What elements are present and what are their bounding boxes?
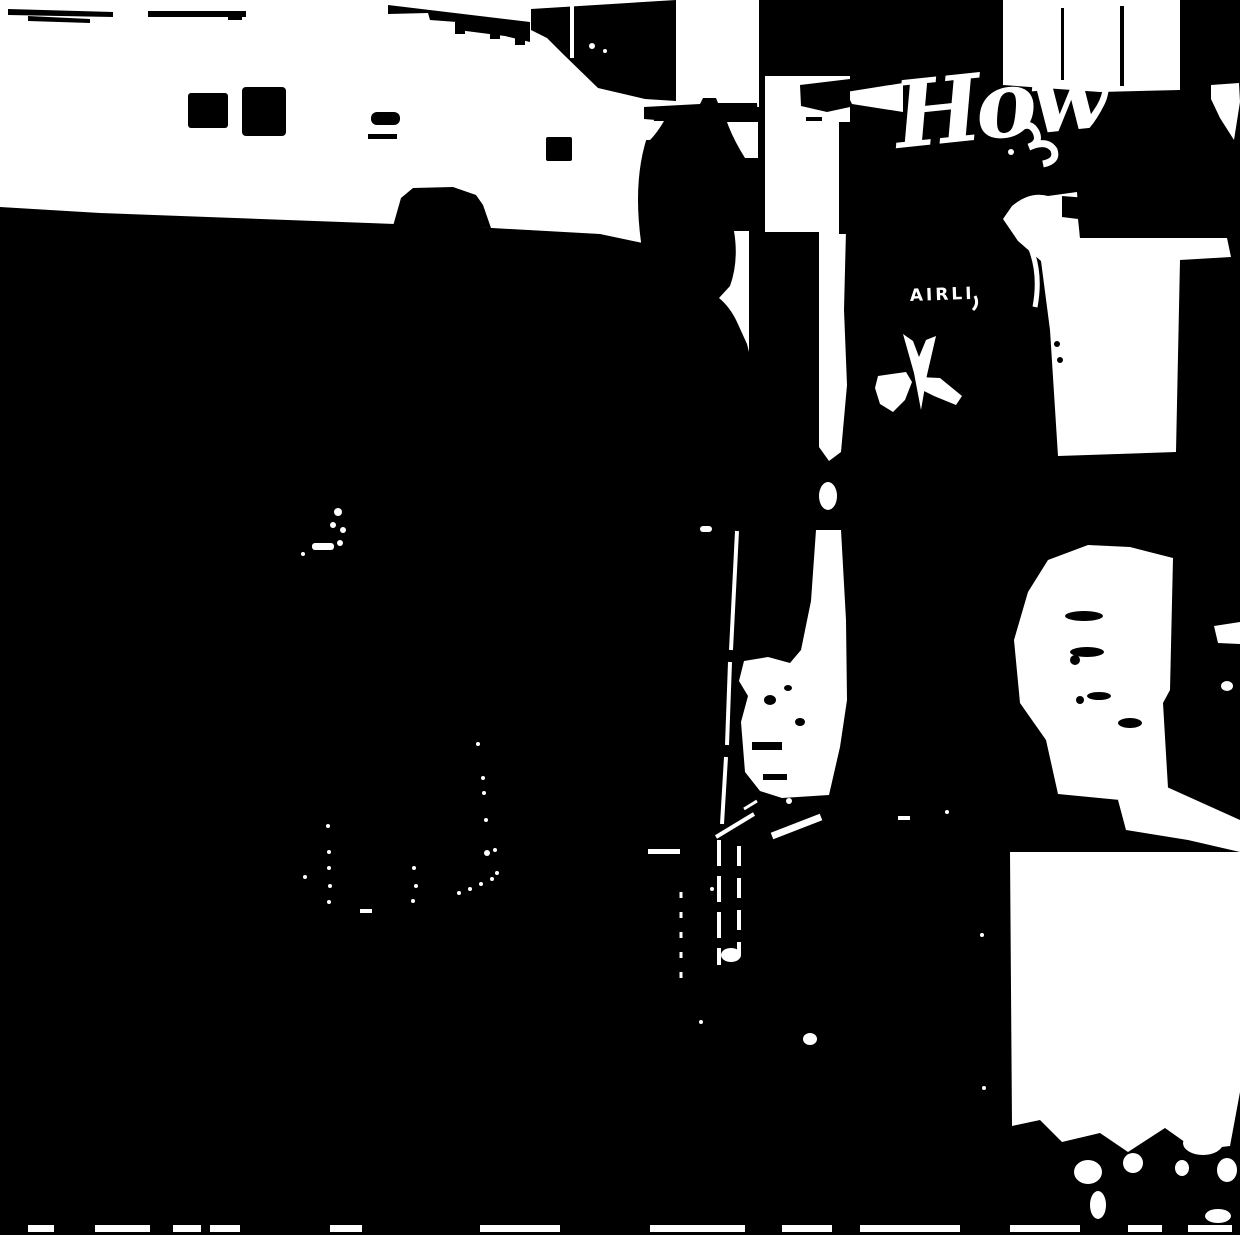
column-hole-2 bbox=[752, 742, 782, 750]
bottom-edge-dash bbox=[860, 1225, 960, 1232]
crate-dash bbox=[648, 849, 680, 854]
speck bbox=[980, 933, 984, 937]
bottom-edge-dash bbox=[95, 1225, 150, 1232]
speck bbox=[490, 877, 494, 881]
crate-blob-2 bbox=[803, 1033, 817, 1045]
speck bbox=[414, 884, 418, 888]
box-seam-4 bbox=[1118, 718, 1142, 728]
banner-text: AIRLI bbox=[909, 284, 974, 306]
beam-nub-2 bbox=[490, 27, 500, 39]
arch-speck-2 bbox=[1057, 357, 1063, 363]
speck bbox=[484, 850, 490, 856]
floor-pocket bbox=[1074, 1160, 1102, 1184]
speck bbox=[482, 791, 486, 795]
speck bbox=[982, 1086, 986, 1090]
bright-floor-area bbox=[1010, 852, 1240, 1152]
floor-pocket bbox=[1217, 1158, 1237, 1182]
crate-blob-1 bbox=[721, 948, 741, 962]
speck bbox=[340, 527, 346, 533]
bottom-edge-dash bbox=[1188, 1225, 1232, 1232]
speck bbox=[334, 508, 342, 516]
speck bbox=[495, 871, 499, 875]
beam-nub-1 bbox=[455, 22, 465, 34]
wall-mark-blob bbox=[371, 112, 400, 125]
speck bbox=[337, 540, 343, 546]
bottom-edge-dash bbox=[782, 1225, 832, 1232]
bottom-edge-dash bbox=[650, 1225, 745, 1232]
speck bbox=[476, 742, 480, 746]
wall-knob-dot bbox=[742, 158, 760, 180]
ceiling-smudge-4 bbox=[228, 16, 242, 20]
column-hole-3 bbox=[795, 718, 805, 726]
slab-speck-1 bbox=[589, 43, 595, 49]
column-hole-5 bbox=[784, 685, 792, 691]
speck bbox=[327, 850, 331, 854]
box-hole-1 bbox=[1070, 655, 1080, 665]
speck bbox=[457, 891, 461, 895]
script-sign-text: How bbox=[886, 40, 1117, 171]
speck bbox=[326, 824, 330, 828]
bottom-edge-dash bbox=[480, 1225, 560, 1232]
box-seam-1 bbox=[1065, 611, 1103, 621]
speck-dash bbox=[312, 543, 334, 550]
highlight-blob-below-strip bbox=[819, 482, 837, 510]
box-hole-2 bbox=[1076, 696, 1084, 704]
binarized-photo: How AIRLI bbox=[0, 0, 1240, 1235]
speck bbox=[327, 866, 331, 870]
speck bbox=[481, 776, 485, 780]
door-frame-line bbox=[759, 0, 764, 139]
speck-dash bbox=[360, 909, 372, 913]
doorway-white-strip bbox=[819, 230, 847, 461]
column-hole-4 bbox=[763, 774, 787, 780]
speck bbox=[330, 522, 336, 528]
floor-pocket bbox=[1183, 1131, 1223, 1155]
floor-pocket bbox=[1123, 1153, 1143, 1173]
arch-speck-1 bbox=[1054, 341, 1060, 347]
pillar-edge-column bbox=[839, 122, 850, 234]
flourish-dot bbox=[1008, 149, 1014, 155]
column-seam-line-2 bbox=[1120, 6, 1124, 86]
speck bbox=[328, 884, 332, 888]
speck bbox=[411, 899, 415, 903]
bottom-edge-dash bbox=[330, 1225, 362, 1232]
crate-speck-b bbox=[710, 887, 714, 891]
bottom-edge-dash bbox=[173, 1225, 201, 1232]
bottom-edge-dash bbox=[1128, 1225, 1162, 1232]
crate-speck-c bbox=[699, 1020, 703, 1024]
speck bbox=[327, 900, 331, 904]
speck bbox=[301, 552, 305, 556]
slab-speck-2 bbox=[603, 49, 607, 53]
crate-speck-a bbox=[786, 798, 792, 804]
wall-picture-frame-2 bbox=[242, 87, 286, 136]
speck bbox=[479, 882, 483, 886]
photo-canvas: How AIRLI bbox=[0, 0, 1240, 1235]
ceiling-slab-slit bbox=[570, 0, 574, 58]
bottom-edge-dash bbox=[210, 1225, 240, 1232]
speck-dash bbox=[898, 816, 910, 820]
speck bbox=[412, 866, 416, 870]
speck bbox=[493, 848, 497, 852]
box-seam-3 bbox=[1087, 692, 1111, 700]
speck bbox=[945, 810, 949, 814]
column-hole-1 bbox=[764, 695, 776, 705]
beam-nub-3 bbox=[515, 31, 525, 45]
column-dash bbox=[700, 526, 712, 532]
floor-pocket bbox=[1090, 1191, 1106, 1219]
floor-pocket bbox=[1205, 1209, 1231, 1223]
small-wall-box bbox=[546, 137, 572, 161]
speck bbox=[303, 875, 307, 879]
speck bbox=[468, 887, 472, 891]
wall-mark-line bbox=[368, 134, 397, 139]
floor-pocket bbox=[1175, 1160, 1189, 1176]
column-seam-line-1 bbox=[1061, 8, 1064, 80]
right-edge-dot bbox=[1221, 681, 1233, 691]
bottom-edge-dash bbox=[1010, 1225, 1080, 1232]
wall-picture-frame-1 bbox=[188, 93, 228, 128]
bottom-edge-dash bbox=[28, 1225, 54, 1232]
shadow-line-small bbox=[806, 117, 822, 121]
speck bbox=[484, 818, 488, 822]
